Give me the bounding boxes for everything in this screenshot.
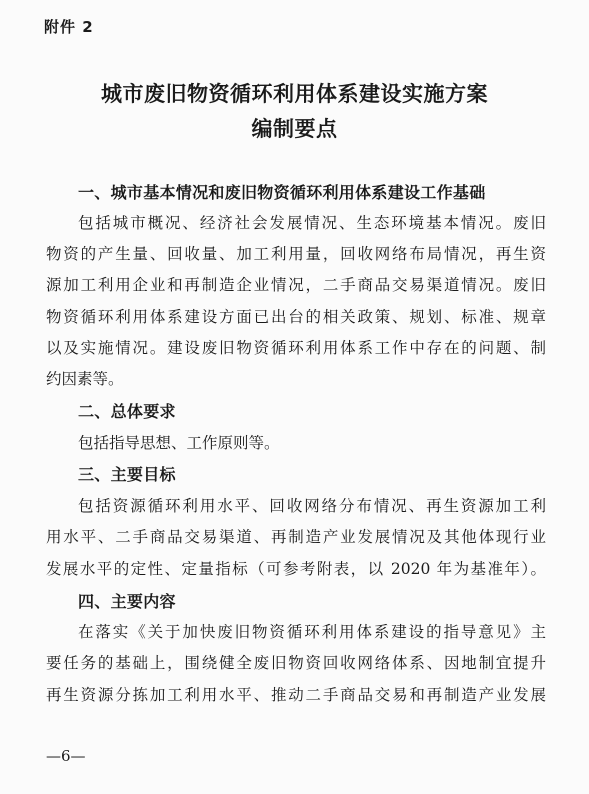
body-line: 源加工利用企业和再制造企业情况，二手商品交易渠道情况。废旧	[46, 273, 546, 295]
section-heading-1: 一、城市基本情况和废旧物资循环利用体系建设工作基础	[78, 180, 486, 203]
document-page: 附件 2 城市废旧物资循环利用体系建设实施方案 编制要点 一、城市基本情况和废旧…	[0, 0, 589, 794]
body-line: 用水平、二手商品交易渠道、再制造产业发展情况及其他体现行业	[46, 525, 546, 547]
body-line: 包括城市概况、经济社会发展情况、生态环境基本情况。废旧	[78, 211, 546, 233]
body-line: 要任务的基础上，围绕健全废旧物资回收网络体系、因地制宜提升	[46, 651, 546, 673]
document-subtitle: 编制要点	[0, 113, 589, 143]
attachment-label: 附件 2	[44, 16, 94, 37]
document-title: 城市废旧物资循环利用体系建设实施方案	[0, 78, 589, 108]
body-line: 包括资源循环利用水平、回收网络分布情况、再生资源加工利	[78, 494, 546, 516]
body-line: 在落实《关于加快废旧物资循环利用体系建设的指导意见》主	[78, 620, 546, 642]
page-number: —6—	[46, 747, 86, 765]
section-heading-2: 二、总体要求	[78, 399, 176, 422]
body-line: 发展水平的定性、定量指标（可参考附表，以 2020 年为基准年）。	[46, 557, 546, 579]
body-line: 物资循环利用体系建设方面已出台的相关政策、规划、标准、规章	[46, 305, 546, 327]
body-line: 物资的产生量、回收量、加工利用量，回收网络布局情况，再生资	[46, 242, 546, 264]
section-heading-4: 四、主要内容	[78, 589, 176, 612]
body-line: 包括指导思想、工作原则等。	[78, 431, 546, 453]
body-line: 再生资源分拣加工利用水平、推动二手商品交易和再制造产业发展	[46, 683, 546, 705]
body-line: 约因素等。	[46, 367, 546, 389]
body-line: 以及实施情况。建设废旧物资循环利用体系工作中存在的问题、制	[46, 336, 546, 358]
section-heading-3: 三、主要目标	[78, 462, 176, 485]
